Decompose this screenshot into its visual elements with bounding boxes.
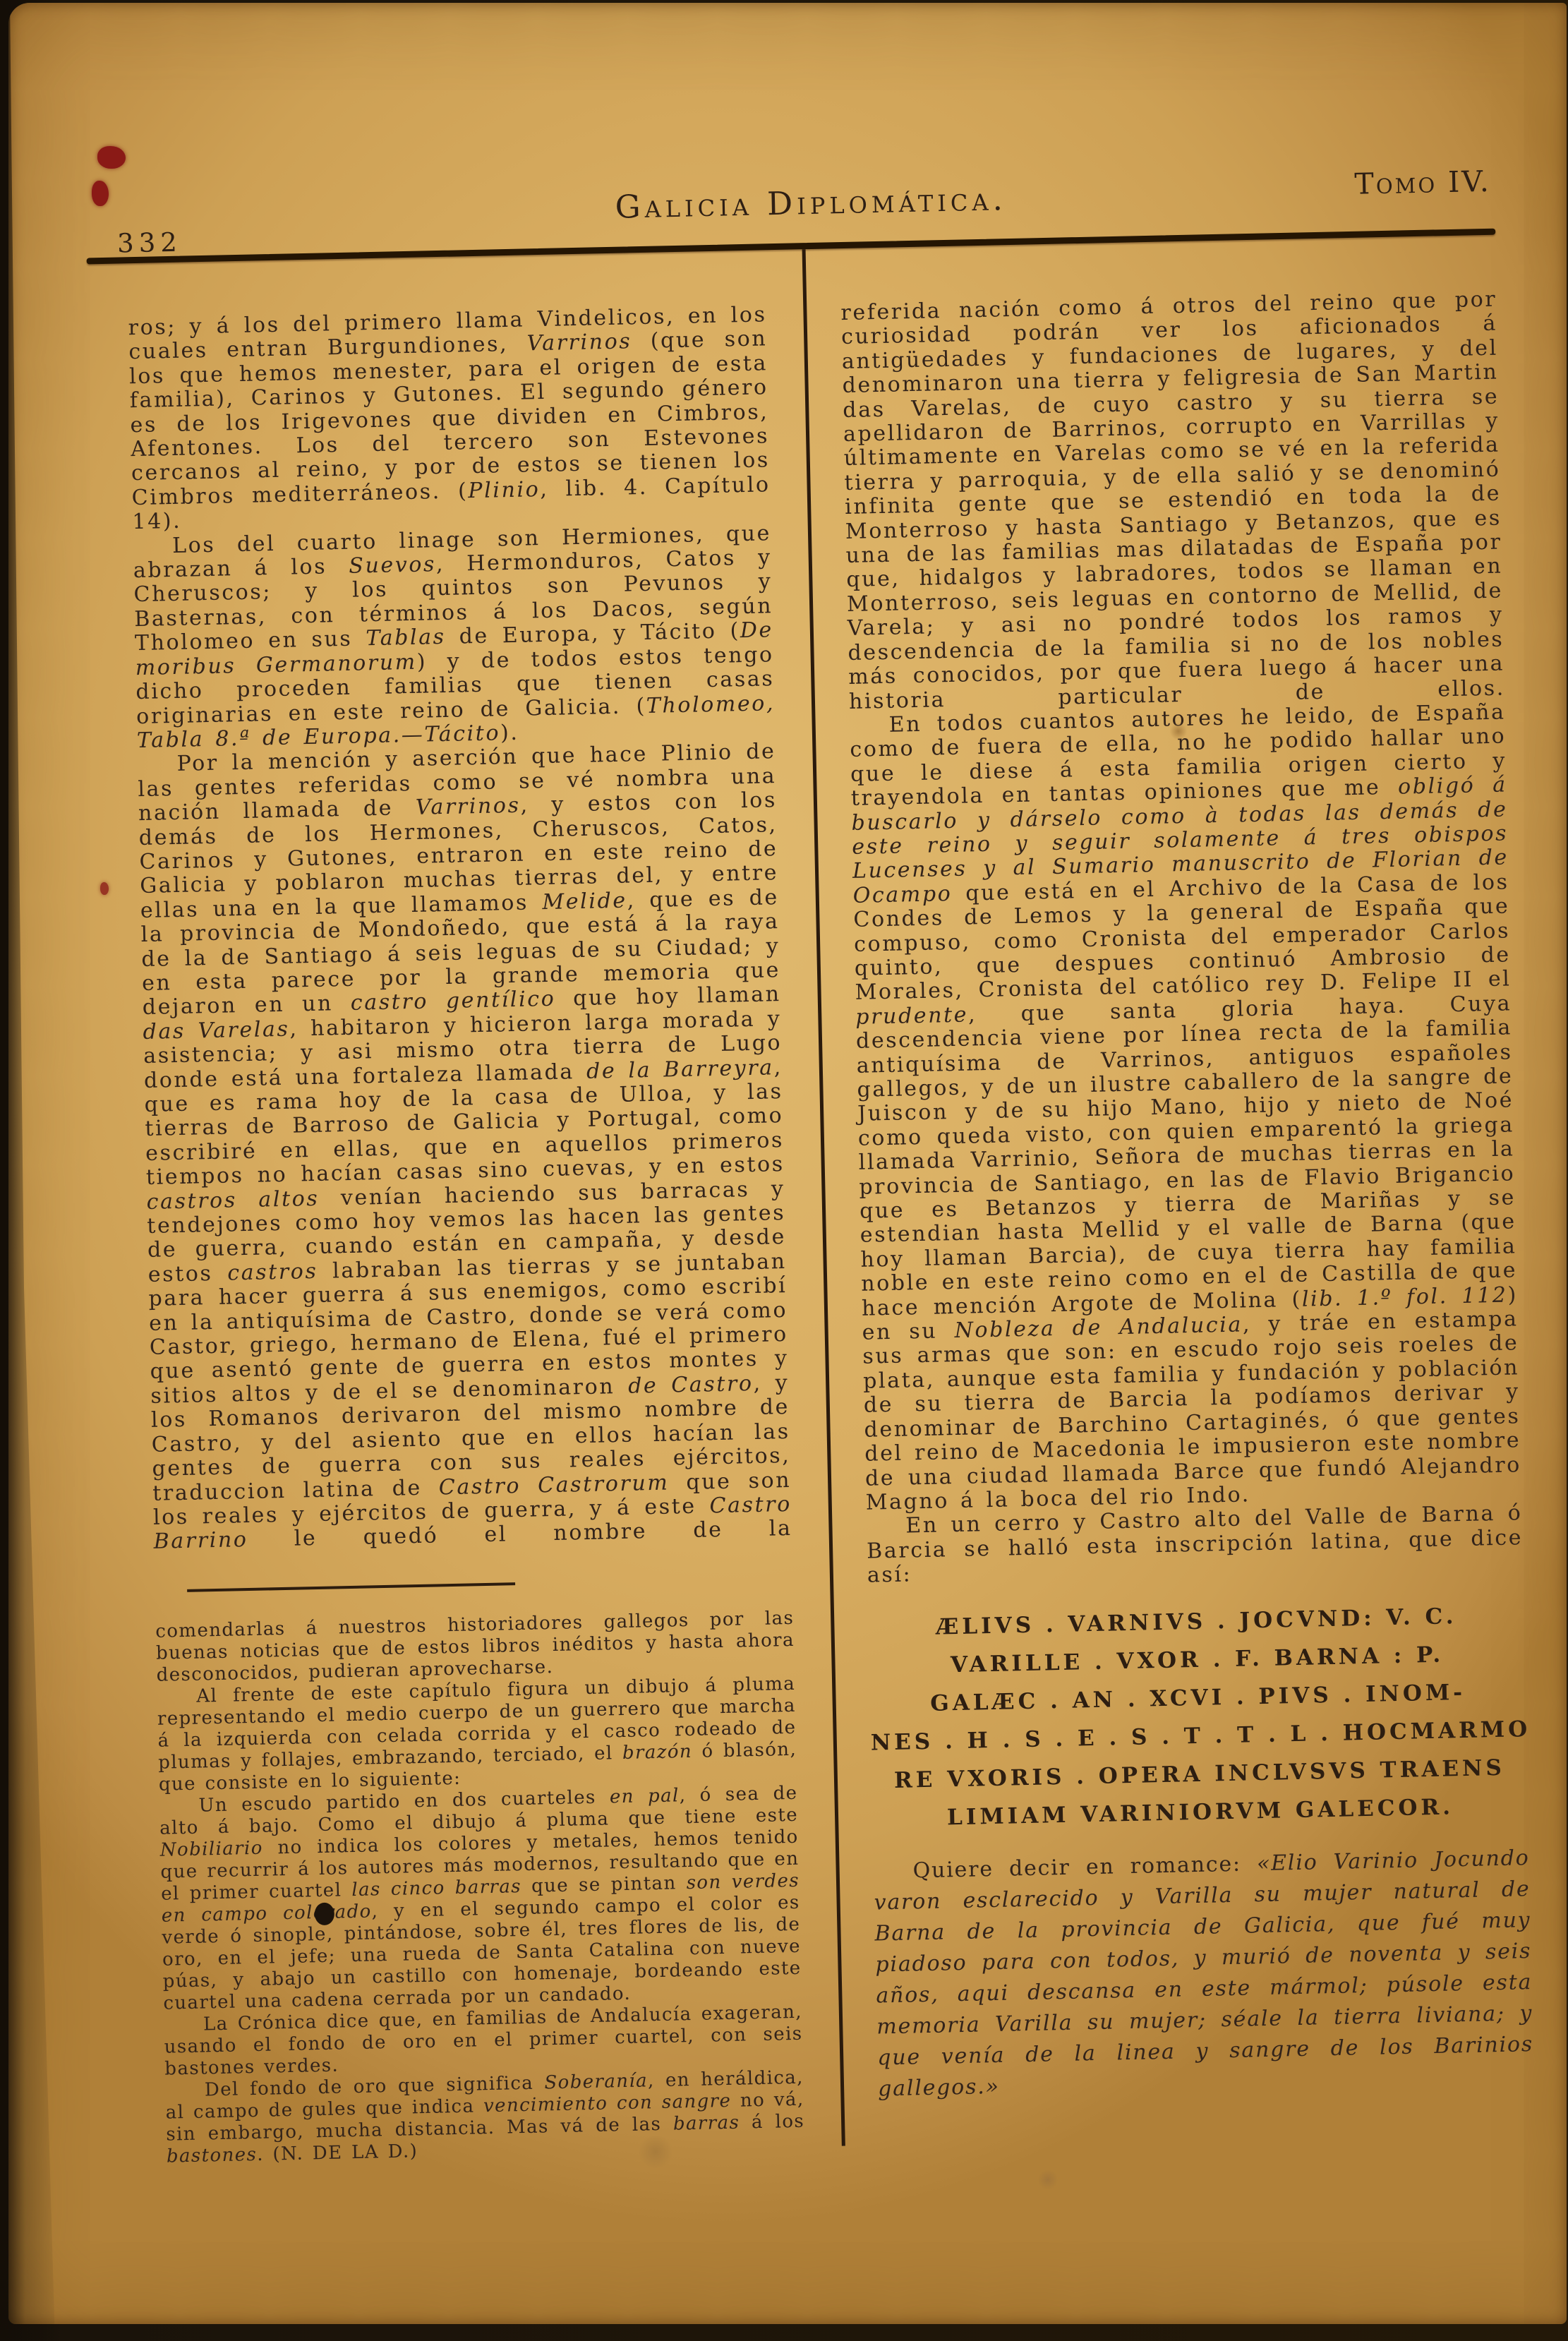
column-divider-rule bbox=[802, 249, 845, 2146]
footnote-paragraph: Del fondo de oro que significa Soberanía… bbox=[165, 2066, 805, 2167]
book-page-paper: 332 Galicia Diplomática. Tomo IV. ros; y… bbox=[8, 3, 1567, 2324]
footnote-block: comendarlas á nuestros historiadores gal… bbox=[155, 1608, 805, 2168]
footnote-paragraph: Al frente de este capítulo figura un dib… bbox=[157, 1673, 797, 1796]
paper-stain bbox=[1037, 2170, 1059, 2190]
volume-label: Tomo IV. bbox=[1258, 164, 1491, 203]
footnote-separator bbox=[187, 1582, 515, 1592]
right-column: referida nación como á otros del reino q… bbox=[840, 288, 1534, 2105]
red-edge-mark bbox=[97, 146, 126, 169]
scanned-book-page: { "header": { "page_number": "332", "tit… bbox=[0, 0, 1568, 2341]
body-paragraph: Por la mención y aserción que hace Plini… bbox=[137, 740, 792, 1554]
body-paragraph: En todos cuantos autores he leido, de Es… bbox=[849, 700, 1522, 1515]
body-paragraph: En un cerro y Castro alto del Valle de B… bbox=[866, 1502, 1524, 1589]
red-edge-mark bbox=[100, 882, 109, 895]
latin-inscription-block: ÆLIVS . VARNIVS . JOCVND: V. C. VARILLE … bbox=[868, 1596, 1529, 1838]
journal-title: Galicia Diplomática. bbox=[529, 179, 1094, 228]
page-number: 332 bbox=[117, 227, 183, 259]
red-edge-mark bbox=[92, 181, 109, 206]
left-column: ros; y á los del primero llama Vindelico… bbox=[128, 303, 805, 2167]
body-paragraph: referida nación como á otros del reino q… bbox=[840, 288, 1505, 714]
printed-content: 332 Galicia Diplomática. Tomo IV. ros; y… bbox=[8, 3, 1567, 2324]
body-paragraph: Los del cuarto linage son Hermiones, que… bbox=[133, 522, 776, 754]
footnote-paragraph: Un escudo partido en dos cuarteles en pa… bbox=[159, 1783, 802, 2015]
body-paragraph: ros; y á los del primero llama Vindelico… bbox=[128, 303, 771, 535]
header-rule bbox=[87, 229, 1496, 265]
romance-translation-paragraph: Quiere decir en romance: «Elio Varinio J… bbox=[873, 1843, 1534, 2105]
